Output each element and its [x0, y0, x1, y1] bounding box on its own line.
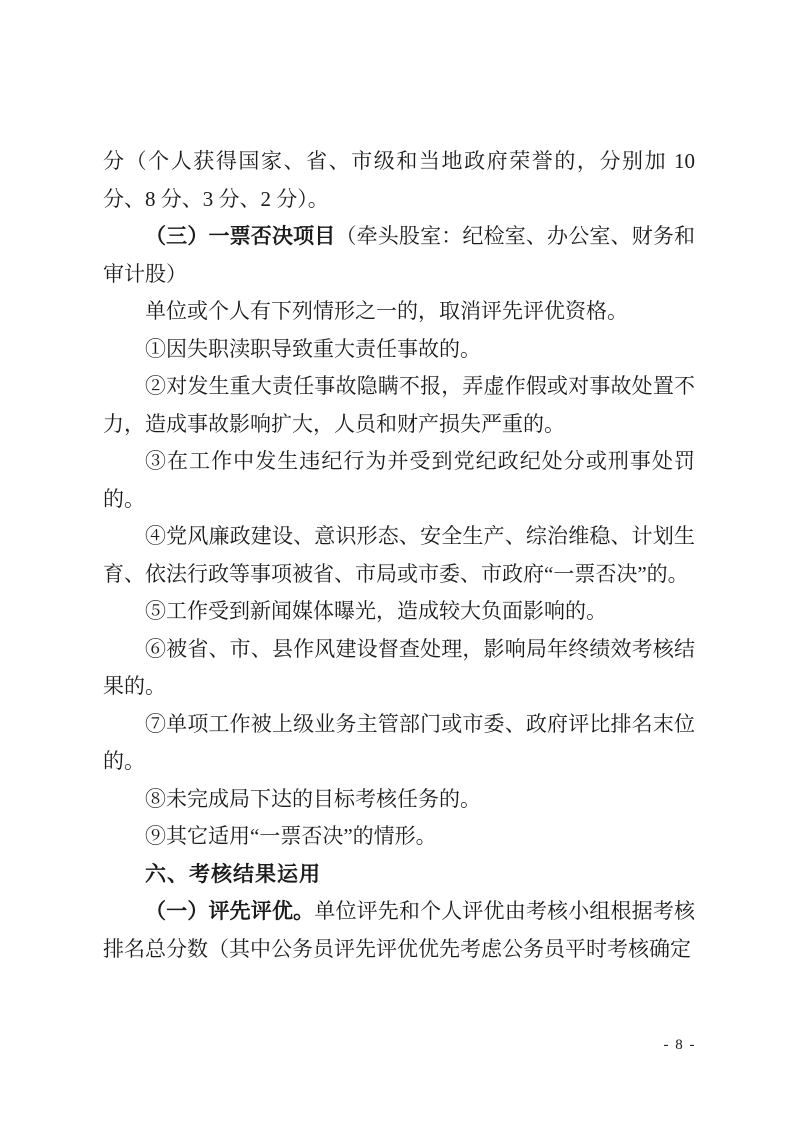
text-run: 单位或个人有下列情形之一的，取消评先评优资格。: [145, 299, 628, 323]
bold-text-run: （三）一票否决项目: [145, 224, 335, 248]
document-page: 分（个人获得国家、省、市级和当地政府荣誉的，分别加 10 分、8 分、3 分、2…: [0, 0, 793, 1122]
text-run: ⑤工作受到新闻媒体曝光，造成较大负面影响的。: [145, 599, 607, 623]
paragraph: 分（个人获得国家、省、市级和当地政府荣誉的，分别加 10 分、8 分、3 分、2…: [103, 143, 695, 218]
paragraph: ④党风廉政建设、意识形态、安全生产、综治维稳、计划生育、依法行政等事项被省、市局…: [103, 518, 695, 593]
text-run: ⑨其它适用“一票否决”的情形。: [145, 824, 437, 848]
text-run: 分（个人获得国家、省、市级和当地政府荣誉的，分别加 10 分、8 分、3 分、2…: [103, 149, 695, 211]
document-body: 分（个人获得国家、省、市级和当地政府荣誉的，分别加 10 分、8 分、3 分、2…: [103, 143, 695, 968]
text-run: ⑦单项工作被上级业务主管部门或市委、政府评比排名末位的。: [103, 712, 695, 774]
paragraph: （三）一票否决项目（牵头股室：纪检室、办公室、财务和审计股）: [103, 218, 695, 293]
paragraph: （一）评先评优。单位评先和个人评优由考核小组根据考核排名总分数（其中公务员评先评…: [103, 893, 695, 968]
paragraph: ②对发生重大责任事故隐瞒不报，弄虚作假或对事故处置不力，造成事故影响扩大，人员和…: [103, 368, 695, 443]
paragraph: ⑦单项工作被上级业务主管部门或市委、政府评比排名末位的。: [103, 706, 695, 781]
paragraph: ①因失职渎职导致重大责任事故的。: [103, 331, 695, 369]
paragraph: ⑨其它适用“一票否决”的情形。: [103, 818, 695, 856]
paragraph: ③在工作中发生违纪行为并受到党纪政纪处分或刑事处罚的。: [103, 443, 695, 518]
text-run: ⑧未完成局下达的目标考核任务的。: [145, 787, 481, 811]
paragraph: 单位或个人有下列情形之一的，取消评先评优资格。: [103, 293, 695, 331]
page-number: - 8 -: [664, 1037, 697, 1054]
section-heading-paragraph: 六、考核结果运用: [103, 856, 695, 894]
bold-text-run: （一）评先评优。: [145, 899, 314, 923]
paragraph: ⑥被省、市、县作风建设督查处理，影响局年终绩效考核结果的。: [103, 631, 695, 706]
text-run: ④党风廉政建设、意识形态、安全生产、综治维稳、计划生育、依法行政等事项被省、市局…: [103, 524, 695, 586]
text-run: ⑥被省、市、县作风建设督查处理，影响局年终绩效考核结果的。: [103, 637, 695, 699]
text-run: ①因失职渎职导致重大责任事故的。: [145, 337, 481, 361]
paragraph: ⑧未完成局下达的目标考核任务的。: [103, 781, 695, 819]
paragraph: ⑤工作受到新闻媒体曝光，造成较大负面影响的。: [103, 593, 695, 631]
text-run: ③在工作中发生违纪行为并受到党纪政纪处分或刑事处罚的。: [103, 449, 695, 511]
bold-text-run: 六、考核结果运用: [145, 863, 321, 886]
text-run: ②对发生重大责任事故隐瞒不报，弄虚作假或对事故处置不力，造成事故影响扩大，人员和…: [103, 374, 695, 436]
